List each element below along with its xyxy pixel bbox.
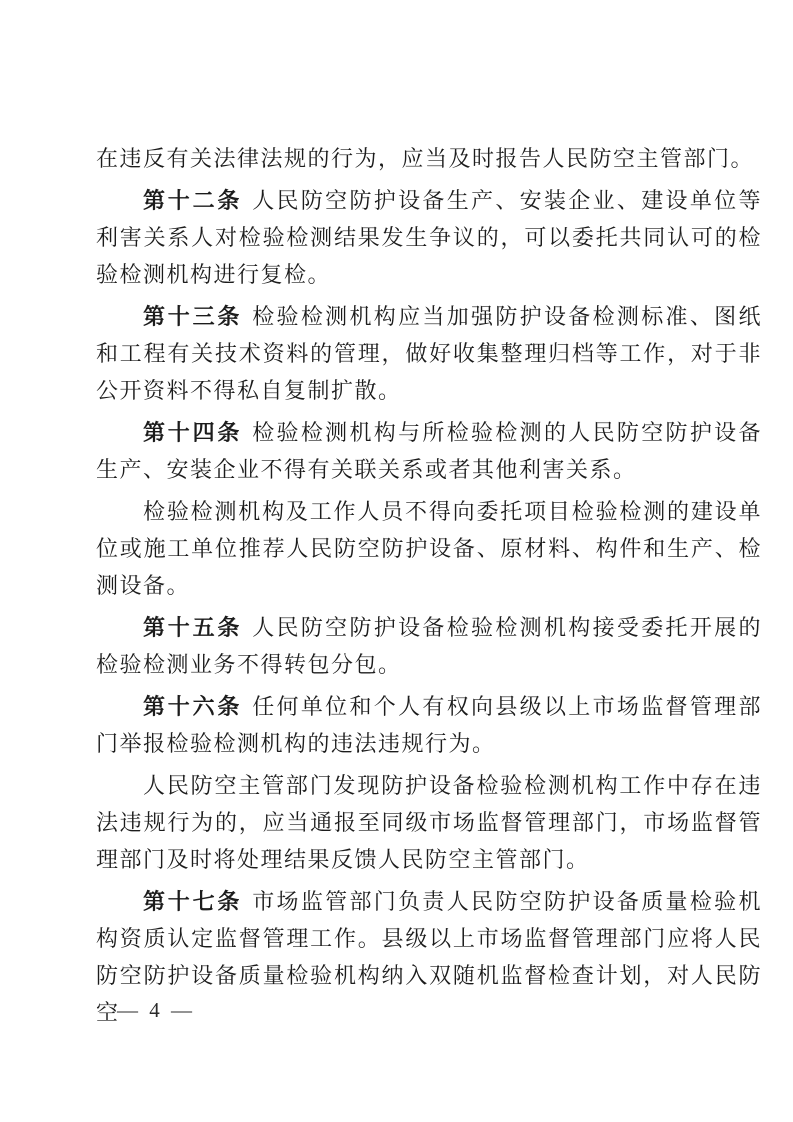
paragraph: 人民防空主管部门发现防护设备检验检测机构工作中存在违法违规行为的，应当通报至同级… <box>96 767 762 878</box>
paragraph: 第十七条市场监管部门负责人民防空防护设备质量检验机构资质认定监督管理工作。县级以… <box>96 883 762 1031</box>
article-number: 第十四条 <box>143 420 242 445</box>
document-page: 在违反有关法律法规的行为，应当及时报告人民防空主管部门。 第十二条人民防空防护设… <box>0 0 793 1122</box>
article-number: 第十六条 <box>143 694 242 719</box>
paragraph: 在违反有关法律法规的行为，应当及时报告人民防空主管部门。 <box>96 140 762 177</box>
page-number: — 4 — <box>117 997 195 1023</box>
article-number: 第十七条 <box>143 889 242 914</box>
paragraph: 第十六条任何单位和个人有权向县级以上市场监督管理部门举报检验检测机构的违法违规行… <box>96 688 762 762</box>
paragraph: 第十五条人民防空防护设备检验检测机构接受委托开展的检验检测业务不得转包分包。 <box>96 609 762 683</box>
paragraph: 检验检测机构及工作人员不得向委托项目检验检测的建设单位或施工单位推荐人民防空防护… <box>96 493 762 604</box>
paragraph-text: 人民防空主管部门发现防护设备检验检测机构工作中存在违法违规行为的，应当通报至同级… <box>96 773 762 872</box>
paragraph-text: 在违反有关法律法规的行为，应当及时报告人民防空主管部门。 <box>96 146 754 171</box>
paragraph-text: 检验检测机构及工作人员不得向委托项目检验检测的建设单位或施工单位推荐人民防空防护… <box>96 499 762 598</box>
article-number: 第十三条 <box>143 304 242 329</box>
paragraph: 第十三条检验检测机构应当加强防护设备检测标准、图纸和工程有关技术资料的管理，做好… <box>96 298 762 409</box>
document-body: 在违反有关法律法规的行为，应当及时报告人民防空主管部门。 第十二条人民防空防护设… <box>96 140 762 1036</box>
paragraph: 第十二条人民防空防护设备生产、安装企业、建设单位等利害关系人对检验检测结果发生争… <box>96 182 762 293</box>
article-number: 第十二条 <box>143 188 242 213</box>
article-number: 第十五条 <box>143 615 242 640</box>
paragraph: 第十四条检验检测机构与所检验检测的人民防空防护设备生产、安装企业不得有关联关系或… <box>96 414 762 488</box>
